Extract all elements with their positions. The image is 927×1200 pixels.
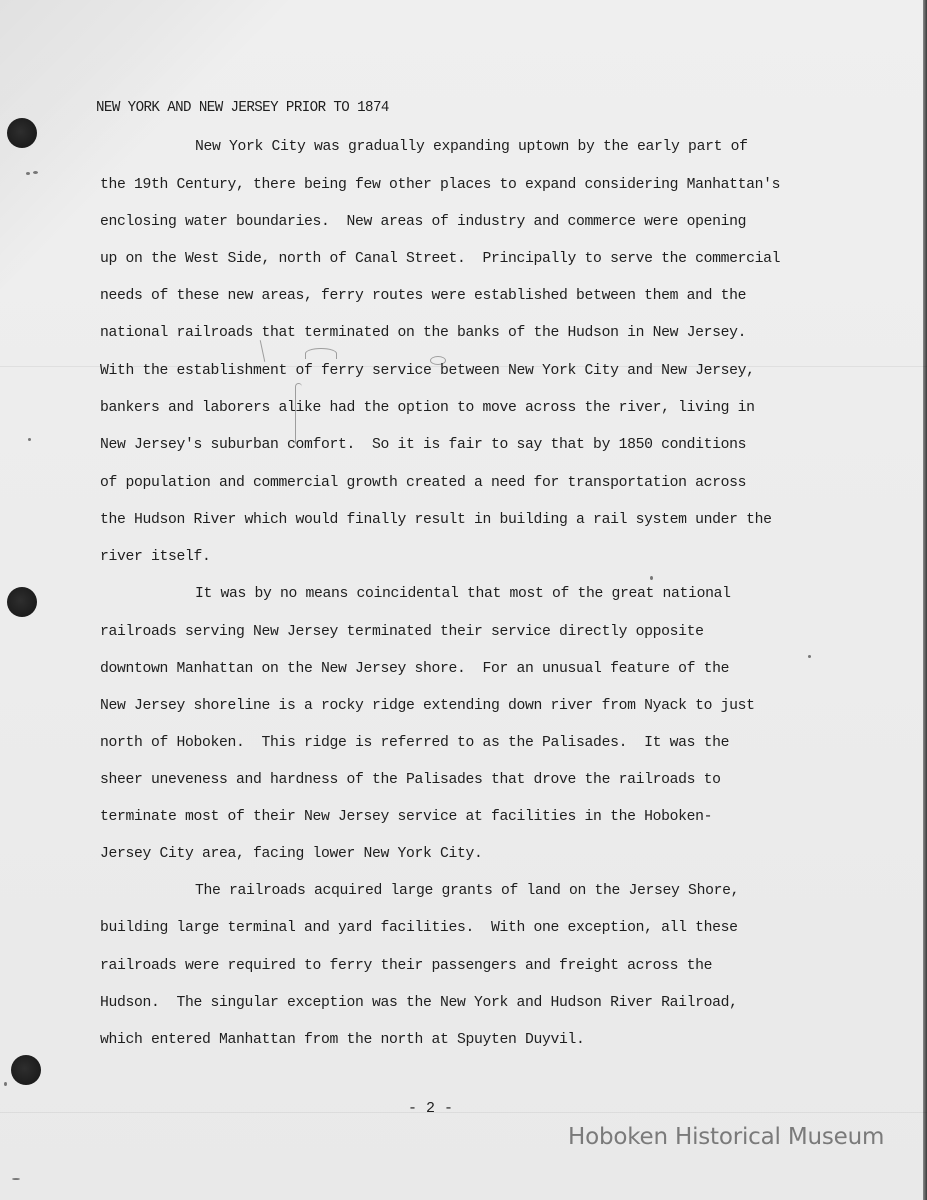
- text-line: railroads were required to ferry their p…: [100, 956, 712, 974]
- text-line: New Jersey shoreline is a rocky ridge ex…: [100, 696, 755, 714]
- text-line: the Hudson River which would finally res…: [100, 510, 772, 528]
- speck: [808, 655, 811, 658]
- text-line: north of Hoboken. This ridge is referred…: [100, 733, 729, 751]
- punch-hole-middle: [7, 587, 37, 617]
- page-number: - 2 -: [408, 1100, 453, 1117]
- text-line: which entered Manhattan from the north a…: [100, 1030, 585, 1048]
- speck: [26, 172, 30, 175]
- text-line: up on the West Side, north of Canal Stre…: [100, 249, 780, 267]
- text-line: river itself.: [100, 547, 211, 565]
- text-line: It was by no means coincidental that mos…: [195, 584, 731, 602]
- text-line: enclosing water boundaries. New areas of…: [100, 212, 746, 230]
- speck: [33, 171, 38, 174]
- page-edge-shadow: [923, 0, 927, 1200]
- document-heading: NEW YORK AND NEW JERSEY PRIOR TO 1874: [96, 99, 389, 117]
- fold-line: [0, 1112, 927, 1113]
- scanned-page: NEW YORK AND NEW JERSEY PRIOR TO 1874 Ne…: [0, 0, 927, 1200]
- text-line: terminate most of their New Jersey servi…: [100, 807, 712, 825]
- text-line: With the establishment of ferry service …: [100, 361, 755, 379]
- text-line: Jersey City area, facing lower New York …: [100, 844, 483, 862]
- speck: [28, 438, 31, 441]
- text-line: bankers and laborers alike had the optio…: [100, 398, 755, 416]
- museum-watermark: Hoboken Historical Museum: [568, 1124, 884, 1150]
- speck: [12, 1178, 20, 1180]
- pencil-mark: [260, 340, 266, 362]
- speck: [4, 1082, 7, 1086]
- text-line: New Jersey's suburban comfort. So it is …: [100, 435, 746, 453]
- text-line: Hudson. The singular exception was the N…: [100, 993, 738, 1011]
- punch-hole-top: [7, 118, 37, 148]
- text-line: New York City was gradually expanding up…: [195, 137, 748, 155]
- punch-hole-bottom: [11, 1055, 41, 1085]
- text-line: railroads serving New Jersey terminated …: [100, 622, 704, 640]
- text-line: the 19th Century, there being few other …: [100, 175, 780, 193]
- text-line: national railroads that terminated on th…: [100, 323, 746, 341]
- text-line: needs of these new areas, ferry routes w…: [100, 286, 746, 304]
- text-line: The railroads acquired large grants of l…: [195, 881, 739, 899]
- text-line: building large terminal and yard facilit…: [100, 918, 738, 936]
- text-line: sheer uneveness and hardness of the Pali…: [100, 770, 721, 788]
- text-line: of population and commercial growth crea…: [100, 473, 746, 491]
- pencil-mark: [305, 348, 337, 359]
- speck: [650, 576, 653, 580]
- text-line: downtown Manhattan on the New Jersey sho…: [100, 659, 729, 677]
